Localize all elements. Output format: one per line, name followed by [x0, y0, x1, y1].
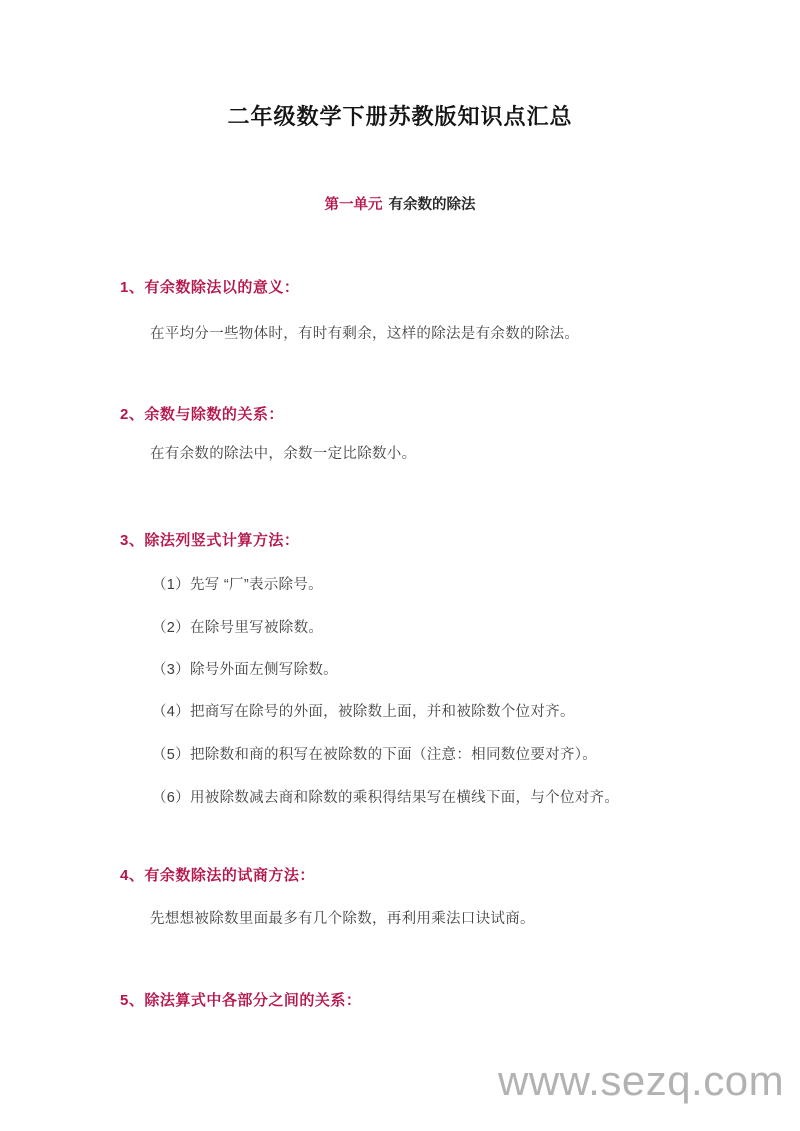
section-1-body: 在平均分一些物体时，有时有剩余，这样的除法是有余数的除法。 [150, 322, 579, 343]
unit-heading: 第一单元有余数的除法 [0, 193, 800, 214]
section-2-heading: 2、余数与除数的关系： [120, 403, 284, 424]
unit-name: 有余数的除法 [389, 197, 476, 213]
section-2-body: 在有余数的除法中，余数一定比除数小。 [150, 442, 416, 463]
section-4-body: 先想想被除数里面最多有几个除数，再利用乘法口诀试商。 [150, 907, 535, 928]
section-3-step-4: （4）把商写在除号的外面，被除数上面，并和被除数个位对齐。 [152, 700, 575, 721]
section-1-heading: 1、有余数除法以的意义： [120, 276, 299, 297]
section-3-heading: 3、除法列竖式计算方法： [120, 529, 299, 550]
section-5-heading: 5、除法算式中各部分之间的关系： [120, 989, 361, 1010]
section-4-heading: 4、有余数除法的试商方法： [120, 864, 315, 885]
section-3-step-2: （2）在除号里写被除数。 [152, 616, 323, 637]
page-title: 二年级数学下册苏教版知识点汇总 [0, 100, 800, 131]
section-3-step-3: （3）除号外面左侧写除数。 [152, 658, 338, 679]
section-3-step-1: （1）先写 “厂”表示除号。 [152, 573, 323, 594]
unit-label: 第一单元 [325, 197, 383, 213]
section-3-step-6: （6）用被除数减去商和除数的乘积得结果写在横线下面，与个位对齐。 [152, 786, 619, 807]
section-3-step-5: （5）把除数和商的积写在被除数的下面（注意：相同数位要对齐）。 [152, 743, 597, 764]
document-page: 二年级数学下册苏教版知识点汇总 第一单元有余数的除法 1、有余数除法以的意义： … [0, 0, 800, 1131]
watermark: www.sezq.com [498, 1057, 784, 1105]
